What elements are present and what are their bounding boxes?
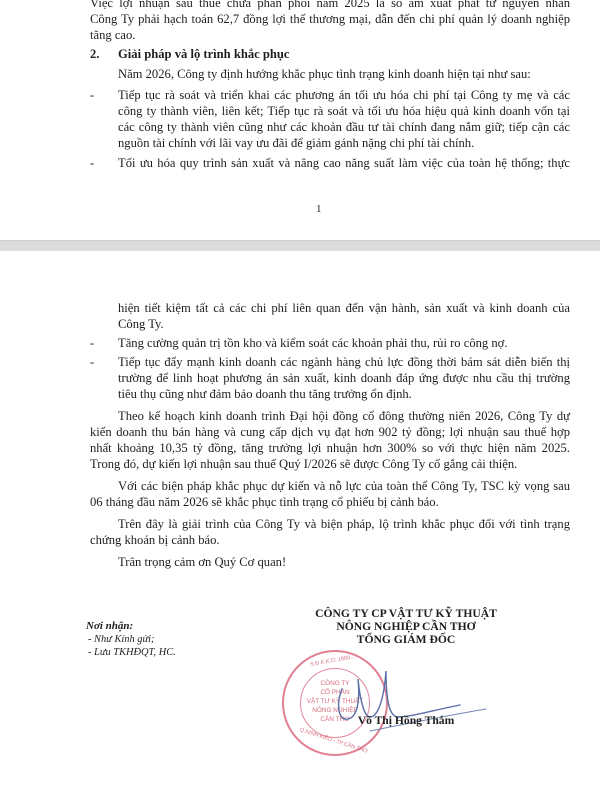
- bullet-dash: -: [90, 155, 94, 171]
- bullet-line: các công ty thành viên cũng như các khoả…: [118, 119, 570, 135]
- paragraph-line: Trong đó, dự kiến lợi nhuận sau thuế Quý…: [90, 456, 517, 472]
- bullet-line: hiện tiết kiệm tất cả các chi phí liên q…: [118, 300, 570, 316]
- bullet-line: công ty thành viên, liên kết; Tiếp tục r…: [118, 103, 570, 119]
- paragraph-line: tăng cao.: [90, 27, 135, 43]
- paragraph-line: Việc lợi nhuận sau thuế chưa phân phối n…: [90, 0, 570, 11]
- section-number: 2.: [90, 46, 99, 62]
- paragraph-line: Trên đây là giải trình của Công Ty và bi…: [118, 516, 570, 532]
- bullet-line: nguồn tài chính với lãi vay ưu đãi để gi…: [118, 135, 474, 151]
- paragraph-line: Công Ty phải hạch toán 62,7 đồng lợi thế…: [90, 11, 570, 27]
- signer-name: Võ Thị Hồng Thắm: [306, 714, 506, 727]
- bullet-dash: -: [90, 87, 94, 103]
- section-title: Giải pháp và lộ trình khắc phục: [118, 46, 289, 62]
- paragraph-line: kiến doanh thu bán hàng và cung cấp dịch…: [90, 424, 570, 440]
- bullet-line: Công Ty.: [118, 316, 164, 332]
- signature-company-line2: NÔNG NGHIỆP CẦN THƠ: [276, 620, 536, 633]
- paragraph-line: Với các biện pháp khắc phục dự kiến và n…: [118, 478, 570, 494]
- recipient-item: - Lưu TKHĐQT, HC.: [88, 646, 176, 659]
- bullet-line: Tối ưu hóa quy trình sản xuất và nâng ca…: [118, 155, 570, 171]
- paragraph-line: chứng khoán bị cảnh báo.: [90, 532, 220, 548]
- document-page-2: hiện tiết kiệm tất cả các chi phí liên q…: [0, 251, 600, 800]
- bullet-line: trường để linh hoạt phương án sản xuất, …: [118, 370, 570, 386]
- signature-company-line1: CÔNG TY CP VẬT TƯ KỸ THUẬT: [276, 607, 536, 620]
- bullet-dash: -: [90, 354, 94, 370]
- recipient-item: - Như Kính gửi;: [88, 633, 154, 646]
- paragraph-line: nhất khoảng 10,35 tỷ đồng, tăng trưởng l…: [90, 440, 570, 456]
- bullet-line: Tiếp tục rà soát và triển khai các phươn…: [118, 87, 570, 103]
- paragraph-line: Theo kế hoạch kinh doanh trình Đại hội đ…: [118, 408, 570, 424]
- paragraph-line: 06 tháng đầu năm 2026 sẽ khắc phục tình …: [90, 494, 439, 510]
- handwritten-signature-icon: [330, 659, 490, 739]
- signature-title: TỔNG GIÁM ĐỐC: [276, 633, 536, 646]
- bullet-line: Tăng cường quản trị tồn kho và kiểm soát…: [118, 335, 507, 351]
- page-number: 1: [316, 203, 322, 215]
- bullet-line: Tiếp tục đẩy mạnh kinh doanh các ngành h…: [118, 354, 570, 370]
- document-page-1: Việc lợi nhuận sau thuế chưa phân phối n…: [0, 0, 600, 240]
- paragraph-intro: Năm 2026, Công ty định hướng khắc phục t…: [118, 66, 531, 82]
- bullet-line: tiêu thụ cũng như đảm bảo doanh thu tăng…: [118, 386, 412, 402]
- bullet-dash: -: [90, 335, 94, 351]
- recipients-label: Nơi nhận:: [86, 620, 133, 633]
- closing-line: Trân trọng cảm ơn Quý Cơ quan!: [118, 554, 286, 570]
